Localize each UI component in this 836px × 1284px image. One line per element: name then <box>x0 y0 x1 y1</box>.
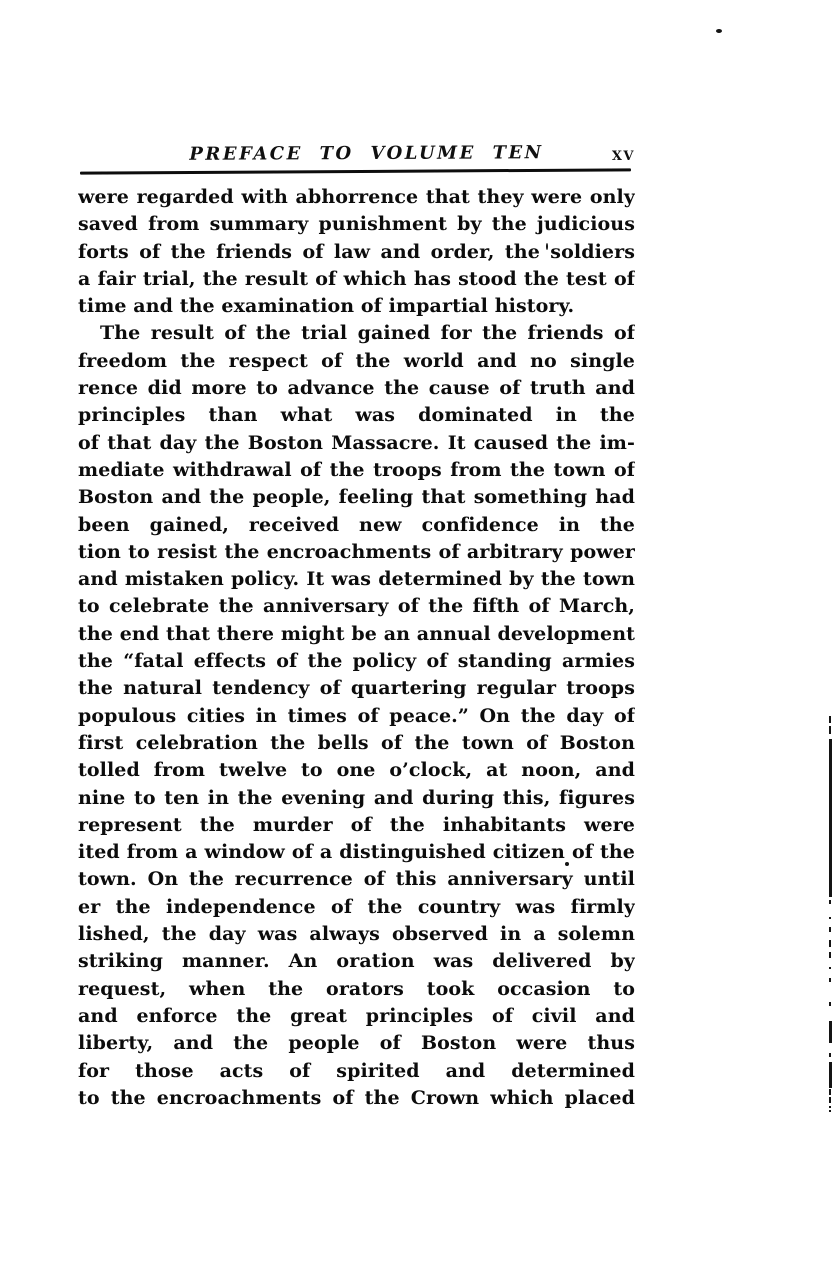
text-line: tolled from twelve to one o’clock, at no… <box>78 757 635 784</box>
scan-edge-line-segment <box>829 967 831 969</box>
text-line: tion to resist the encroachments of arbi… <box>78 539 635 566</box>
scan-edge-line-segment <box>829 917 831 919</box>
text-line: to the encroachments of the Crown which … <box>78 1085 635 1112</box>
text-line: represent the murder of the inhabitants … <box>78 812 635 839</box>
scan-edge-line-segment <box>829 716 831 723</box>
text-line: mediate withdrawal of the troops from th… <box>78 457 635 484</box>
text-line: request, when the orators took occasion … <box>78 976 635 1003</box>
scan-edge-line-segment <box>829 1089 831 1095</box>
scan-edge-line-segment <box>829 978 831 982</box>
scan-edge-line-segment <box>829 1110 831 1112</box>
scan-edge-line-segment <box>829 739 832 897</box>
text-line: were regarded with abhorrence that they … <box>78 184 635 211</box>
scan-edge-line-segment <box>829 952 831 958</box>
ink-speck <box>565 862 569 866</box>
text-line: nine to ten in the evening and during th… <box>78 785 635 812</box>
text-line: town. On the recurrence of this annivers… <box>78 866 635 893</box>
text-line: The result of the trial gained for the f… <box>78 320 635 347</box>
book-page: PREFACE TO VOLUME TEN xv were regarded w… <box>0 0 836 1284</box>
text-line: er the independence of the country was f… <box>78 894 635 921</box>
body-text: were regarded with abhorrence that they … <box>78 184 635 1112</box>
scan-edge-line-segment <box>829 1002 831 1006</box>
text-line: saved from summary punishment by the jud… <box>78 211 635 238</box>
text-line: for those acts of spirited and determine… <box>78 1058 635 1085</box>
text-line: and mistaken policy. It was determined b… <box>78 566 635 593</box>
scan-edge-line-segment <box>829 927 831 932</box>
paragraph: were regarded with abhorrence that they … <box>78 184 635 320</box>
scan-edge-line-segment <box>829 726 831 734</box>
text-line: lished, the day was always observed in a… <box>78 921 635 948</box>
text-line: rence did more to advance the cause of t… <box>78 375 635 402</box>
text-line: of that day the Boston Massacre. It caus… <box>78 430 635 457</box>
text-line: freedom the respect of the world and no … <box>78 348 635 375</box>
text-line: first celebration the bells of the town … <box>78 730 635 757</box>
scan-edge-line-segment <box>829 1021 832 1043</box>
text-line: and enforce the great principles of civi… <box>78 1003 635 1030</box>
text-line: the end that there might be an annual de… <box>78 621 635 648</box>
scan-edge-line-segment <box>829 1097 831 1103</box>
text-line: principles than what was dominated in th… <box>78 402 635 429</box>
text-line: been gained, received new confidence in … <box>78 512 635 539</box>
text-line: forts of the friends of law and order, t… <box>78 239 635 266</box>
text-line: a fair trial, the result of which has st… <box>78 266 635 293</box>
paragraph: The result of the trial gained for the f… <box>78 320 635 1112</box>
scan-edge-line-segment <box>829 1062 832 1088</box>
page-header: PREFACE TO VOLUME TEN xv <box>78 143 635 169</box>
text-line: liberty, and the people of Boston were t… <box>78 1030 635 1057</box>
text-line: the “fatal effects of the policy of stan… <box>78 648 635 675</box>
text-line: populous cities in times of peace.” On t… <box>78 703 635 730</box>
scan-edge-line-segment <box>829 900 831 904</box>
running-title: PREFACE TO VOLUME TEN <box>88 142 645 165</box>
text-line: striking manner. An oration was delivere… <box>78 948 635 975</box>
ink-speck <box>546 243 548 250</box>
text-line: time and the examination of impartial hi… <box>78 293 635 320</box>
scan-edge-line-segment <box>829 940 831 947</box>
scan-edge-line-segment <box>829 1106 831 1108</box>
text-line: Boston and the people, feeling that some… <box>78 484 635 511</box>
scan-edge-line-segment <box>829 1053 831 1057</box>
page-number: xv <box>612 143 635 165</box>
header-rule <box>80 168 631 174</box>
text-line: ited from a window of a distinguished ci… <box>78 839 635 866</box>
text-line: the natural tendency of quartering regul… <box>78 675 635 702</box>
text-line: to celebrate the anniversary of the fift… <box>78 593 635 620</box>
ink-speck <box>716 29 722 33</box>
